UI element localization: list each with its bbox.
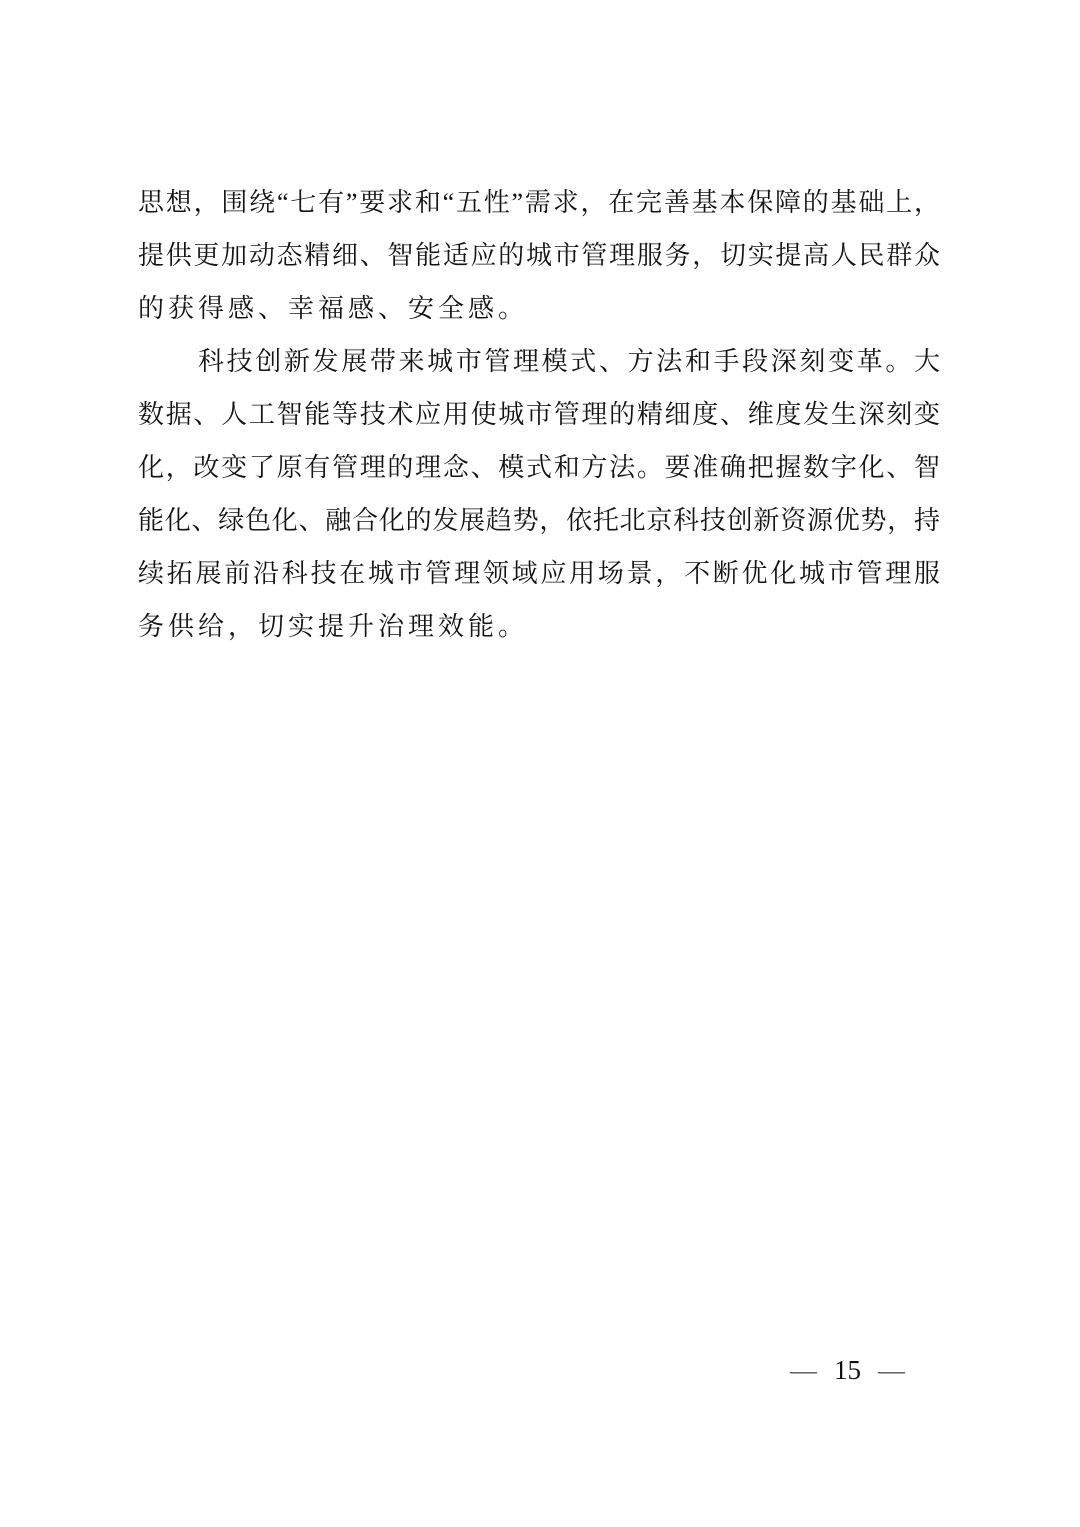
text-line: 续拓展前沿科技在城市管理领域应用场景，不断优化城市管理服 bbox=[138, 547, 940, 600]
text-line: 化，改变了原有管理的理念、模式和方法。要准确把握数字化、智 bbox=[138, 441, 940, 494]
text-line: 数据、人工智能等技术应用使城市管理的精细度、维度发生深刻变 bbox=[138, 388, 940, 441]
document-page: 思想，围绕“七有”要求和“五性”需求，在完善基本保障的基础上， 提供更加动态精细… bbox=[0, 0, 1080, 1527]
text-line: 的获得感、幸福感、安全感。 bbox=[138, 282, 940, 335]
text-line: 能化、绿色化、融合化的发展趋势，依托北京科技创新资源优势，持 bbox=[138, 494, 940, 547]
footer-dash-left: — bbox=[790, 1355, 817, 1386]
text-line: 务供给，切实提升治理效能。 bbox=[138, 600, 940, 653]
footer-dash-right: — bbox=[878, 1355, 905, 1386]
body-text: 思想，围绕“七有”要求和“五性”需求，在完善基本保障的基础上， 提供更加动态精细… bbox=[138, 176, 940, 653]
text-line: 科技创新发展带来城市管理模式、方法和手段深刻变革。大 bbox=[138, 335, 940, 388]
text-line: 提供更加动态精细、智能适应的城市管理服务，切实提高人民群众 bbox=[138, 229, 940, 282]
page-footer: — 15 — bbox=[790, 1352, 905, 1388]
page-number: 15 bbox=[834, 1355, 861, 1386]
text-line: 思想，围绕“七有”要求和“五性”需求，在完善基本保障的基础上， bbox=[138, 176, 940, 229]
